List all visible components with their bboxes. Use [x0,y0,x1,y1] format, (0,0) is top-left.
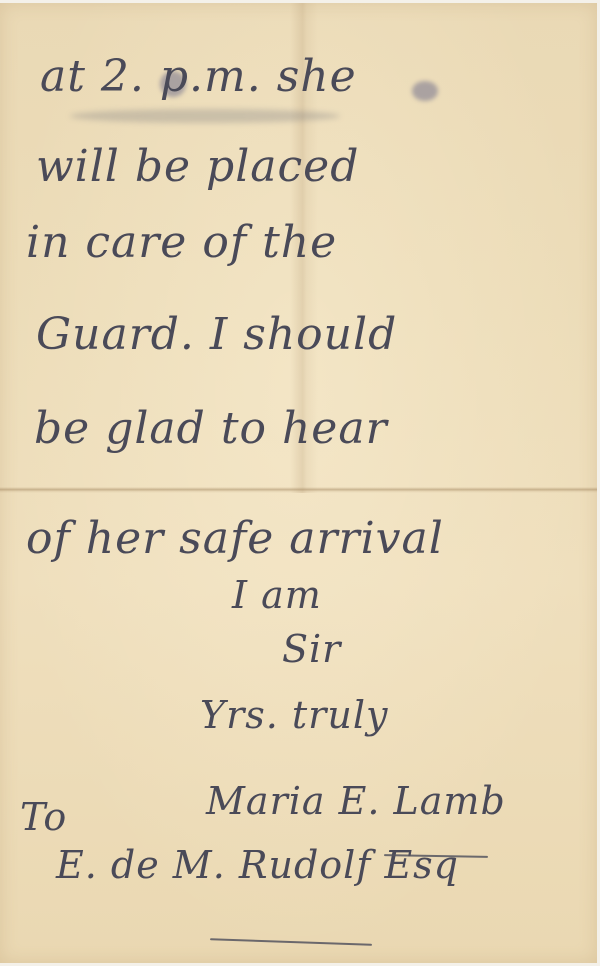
letter-line-3: in care of the [26,217,337,268]
signature: Maria E. Lamb [206,779,506,823]
letter-line-4: Guard. I should [36,309,397,360]
addressee-underline [210,938,372,946]
horizontal-fold-crease [0,487,597,493]
letter-page: at 2. p.m. she will be placed in care of… [0,3,597,963]
letter-line-2: will be placed [36,141,359,192]
ink-smudge [70,109,340,123]
ink-blot [412,81,438,101]
closing-sir: Sir [282,627,341,671]
letter-line-5: be glad to hear [34,403,388,454]
addressee-name: E. de M. Rudolf Esq [56,843,459,887]
addressee-prefix: To [20,795,67,839]
closing-yours-truly: Yrs. truly [200,693,388,737]
closing-i-am: I am [232,573,322,617]
letter-line-6: of her safe arrival [26,513,444,564]
letter-line-1: at 2. p.m. she [40,51,357,102]
